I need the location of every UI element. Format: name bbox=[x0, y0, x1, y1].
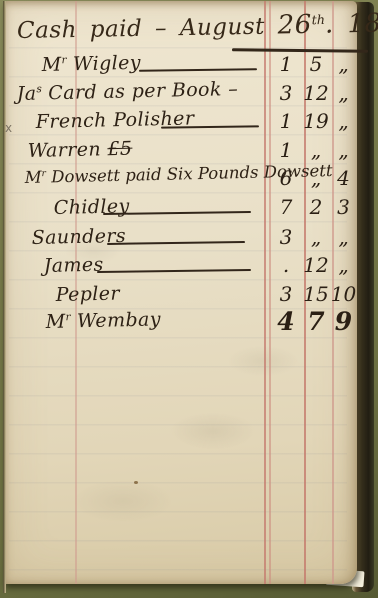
dash-filler bbox=[161, 125, 259, 128]
pounds-value: 1 bbox=[269, 109, 303, 133]
row-name-text: Card as per Book – bbox=[42, 78, 239, 104]
ledger-page: Cash paid – August 26th. 1848 – Mr Wigle… bbox=[3, 1, 357, 584]
pence-value: 3 bbox=[327, 195, 360, 219]
row-name-text: M bbox=[46, 311, 66, 333]
pounds-value: 1 bbox=[269, 52, 303, 76]
pounds-value: 6 bbox=[269, 166, 303, 190]
paper-speck bbox=[134, 481, 138, 484]
pounds-value: 3 bbox=[269, 81, 303, 105]
pounds-value: 4 bbox=[269, 307, 303, 336]
header-day-suffix: th bbox=[312, 12, 325, 27]
header-year: . 1848 – bbox=[325, 8, 378, 40]
row-name: Jas Card as per Book – bbox=[17, 78, 239, 105]
pounds-value: 1 bbox=[269, 138, 303, 162]
row-name-text: Saunders bbox=[32, 225, 127, 249]
row-name-text: Warren bbox=[28, 138, 108, 162]
row-name-text: Chidley bbox=[54, 195, 130, 219]
row-name-text: M bbox=[25, 168, 42, 187]
ledger-row: Mr Wigley 1 5 „ bbox=[3, 54, 357, 80]
pence-value: „ bbox=[327, 138, 360, 162]
row-name-text: French Polisher bbox=[36, 107, 195, 133]
row-name: James bbox=[44, 254, 104, 277]
pencil-x-mark: x bbox=[5, 121, 12, 135]
scanned-ledger-photo: Cash paid – August 26th. 1848 – Mr Wigle… bbox=[0, 0, 378, 598]
ledger-row: French Polisher 1 19 „ bbox=[3, 111, 357, 137]
row-name-text: Wembay bbox=[70, 308, 161, 332]
dash-filler bbox=[107, 241, 245, 245]
row-name: Pepler bbox=[56, 283, 121, 306]
ledger-row: Jas Card as per Book – 3 12 „ bbox=[3, 83, 357, 109]
row-name-text: James bbox=[44, 254, 104, 277]
pence-value: 10 bbox=[327, 282, 360, 306]
pence-value: „ bbox=[327, 109, 360, 133]
row-name: Mr Wembay bbox=[46, 308, 162, 333]
ledger-row: James . 12 „ bbox=[3, 255, 357, 281]
row-name: Mr Wigley bbox=[42, 52, 142, 76]
pounds-value: . bbox=[269, 253, 303, 277]
pence-value: „ bbox=[327, 52, 360, 76]
row-name-text: M bbox=[42, 54, 62, 76]
row-name: French Polisher bbox=[36, 107, 195, 133]
pounds-value: 7 bbox=[269, 195, 303, 219]
pounds-value: 3 bbox=[269, 225, 303, 249]
pence-value: „ bbox=[327, 253, 360, 277]
pounds-value: 3 bbox=[269, 282, 303, 306]
pence-value: „ bbox=[327, 81, 360, 105]
dash-filler bbox=[139, 68, 257, 72]
struck-amount: £5 bbox=[107, 138, 132, 161]
ledger-row: Saunders 3 „ „ bbox=[3, 227, 357, 253]
ledger-row: Mr Dowsett paid Six Pounds Dowsett 6 „ 4 bbox=[3, 168, 357, 194]
row-name-text: Pepler bbox=[56, 283, 121, 306]
ledger-row: Chidley 7 2 3 bbox=[3, 197, 357, 223]
row-name: Warren £5 bbox=[28, 138, 133, 162]
pence-value: 4 bbox=[327, 166, 360, 190]
header-day: 26 bbox=[277, 10, 312, 41]
header-line: Cash paid – August 26th. 1848 – bbox=[17, 8, 378, 45]
row-name: Chidley bbox=[54, 195, 130, 219]
dash-filler bbox=[97, 269, 251, 273]
row-name: Saunders bbox=[32, 225, 127, 249]
pence-value: „ bbox=[327, 225, 360, 249]
header-text: Cash paid – August bbox=[17, 13, 278, 44]
ledger-row: Mr Wembay 4 7 9 bbox=[3, 311, 357, 337]
pence-value: 9 bbox=[327, 307, 360, 336]
row-name-text: Wigley bbox=[66, 52, 141, 76]
row-name-text: Ja bbox=[17, 83, 37, 105]
